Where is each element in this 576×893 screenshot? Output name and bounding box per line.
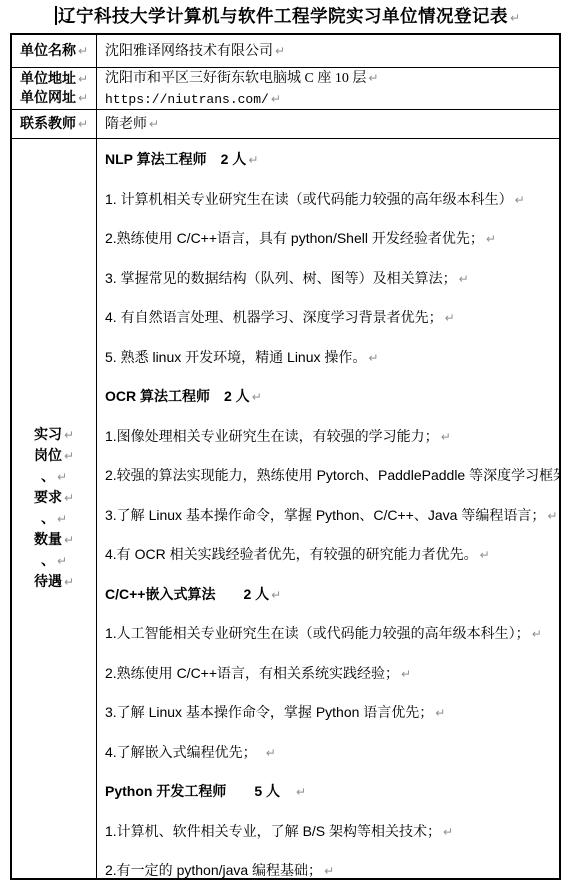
unit-address-label-cell[interactable]: 单位地址↵ 单位网址↵ [12,68,97,109]
contact-teacher-value-cell[interactable]: 隋老师↵ [97,110,559,138]
job-requirement: 1.图像处理相关专业研究生在读，有较强的学习能力；↵ [105,427,557,448]
jobs-label-line: 岗位 [34,449,62,464]
job-heading-text: C/C++嵌入式算法 2 人 [105,586,269,602]
job-requirement: 3.了解 Linux 基本操作命令，掌握 Python 语言优先；↵ [105,703,557,724]
paragraph-mark-icon: ↵ [266,746,276,760]
job-requirement: 5. 熟悉 linux 开发环境，精通 Linux 操作。↵ [105,348,557,369]
job-requirement-text: 1.图像处理相关专业研究生在读，有较强的学习能力； [105,428,439,444]
paragraph-mark-icon: ↵ [57,512,67,526]
job-requirement: 4. 有自然语言处理、机器学习、深度学习背景者优先；↵ [105,308,557,329]
job-heading-text: Python 开发工程师 5 人 [105,783,294,799]
paragraph-mark-icon: ↵ [515,193,525,207]
job-requirement: 4.有 OCR 相关实践经验者优先，有较强的研究能力者优先。↵ [105,545,557,566]
unit-name-label: 单位名称 [20,44,76,59]
paragraph-mark-icon: ↵ [443,825,453,839]
job-requirement: 1.人工智能相关专业研究生在读（或代码能力较强的高年级本科生）；↵ [105,624,557,645]
text-cursor-caret[interactable] [55,6,57,25]
paragraph-mark-icon: ↵ [57,470,67,484]
paragraph-mark-icon: ↵ [275,44,285,58]
contact-teacher-value: 隋老师 [105,117,147,132]
job-requirement-text: 3. 掌握常见的数据结构（队列、树、图等）及相关算法； [105,270,457,286]
table-row: 实习↵ 岗位↵ 、↵ 要求↵ 、↵ 数量↵ 、↵ 待遇↵ NLP 算法工程师 2… [12,139,559,878]
paragraph-mark-icon: ↵ [271,588,281,602]
table-row: 单位地址↵ 单位网址↵ 沈阳市和平区三好街东软电脑城 C 座 10 层↵ htt… [12,68,559,110]
job-requirement: 4.了解嵌入式编程优先； ↵ [105,743,557,764]
job-heading: OCR 算法工程师 2 人↵ [105,387,557,408]
jobs-label-line: 要求 [34,491,62,506]
document-title-row: 辽宁科技大学计算机与软件工程学院实习单位情况登记表↵ [0,3,576,28]
paragraph-mark-icon: ↵ [480,548,490,562]
unit-name-value: 沈阳雅译网络技术有限公司 [105,44,273,59]
paragraph-mark-icon: ↵ [57,554,67,568]
job-requirement-text: 4. 有自然语言处理、机器学习、深度学习背景者优先； [105,309,443,325]
paragraph-mark-icon: ↵ [441,430,451,444]
unit-address-label: 单位地址 [20,72,76,87]
job-requirement-text: 4.了解嵌入式编程优先； [105,744,264,760]
jobs-label-line: 数量 [34,533,62,548]
paragraph-mark-icon: ↵ [64,449,74,463]
paragraph-mark-icon: ↵ [64,491,74,505]
paragraph-mark-icon: ↵ [149,117,159,131]
jobs-label-line: 实习 [34,428,62,443]
job-requirement-text: 4.有 OCR 相关实践经验者优先，有较强的研究能力者优先。 [105,546,478,562]
paragraph-mark-icon: ↵ [271,92,281,106]
paragraph-mark-icon: ↵ [401,667,411,681]
paragraph-mark-icon: ↵ [78,117,88,131]
paragraph-mark-icon: ↵ [78,72,88,86]
jobs-label-line: 、 [41,470,55,485]
job-requirement-text: 3.了解 Linux 基本操作命令，掌握 Python 语言优先； [105,704,433,720]
unit-name-value-cell[interactable]: 沈阳雅译网络技术有限公司↵ [97,35,559,67]
paragraph-mark-icon: ↵ [459,272,469,286]
job-requirement: 2.较强的算法实现能力，熟练使用 Pytorch、PaddlePaddle 等深… [105,466,557,487]
job-heading-text: OCR 算法工程师 2 人 [105,388,250,404]
table-row: 联系教师↵ 隋老师↵ [12,110,559,139]
job-requirement-text: 2.有一定的 python/java 编程基础； [105,862,322,878]
paragraph-mark-icon: ↵ [435,706,445,720]
job-requirement-text: 2.熟练使用 C/C++语言，具有 python/Shell 开发经验者优先； [105,230,484,246]
job-requirement: 3. 掌握常见的数据结构（队列、树、图等）及相关算法；↵ [105,269,557,290]
job-heading: C/C++嵌入式算法 2 人↵ [105,585,557,606]
paragraph-mark-icon: ↵ [510,11,521,25]
page-title: 辽宁科技大学计算机与软件工程学院实习单位情况登记表 [58,6,508,26]
paragraph-mark-icon: ↵ [324,864,334,878]
job-heading: NLP 算法工程师 2 人↵ [105,150,557,171]
unit-address-value-cell[interactable]: 沈阳市和平区三好街东软电脑城 C 座 10 层↵ https://niutran… [97,68,559,109]
job-requirement-text: 3.了解 Linux 基本操作命令，掌握 Python、C/C++、Java 等… [105,507,545,523]
jobs-label-line: 、 [41,512,55,527]
paragraph-mark-icon: ↵ [248,153,258,167]
paragraph-mark-icon: ↵ [296,785,306,799]
contact-teacher-label-cell[interactable]: 联系教师↵ [12,110,97,138]
paragraph-mark-icon: ↵ [64,575,74,589]
job-heading-text: NLP 算法工程师 2 人 [105,151,246,167]
job-requirement-text: 2.较强的算法实现能力，熟练使用 Pytorch、PaddlePaddle 等深… [105,467,559,483]
job-requirement-text: 5. 熟悉 linux 开发环境，精通 Linux 操作。 [105,349,366,365]
paragraph-mark-icon: ↵ [486,232,496,246]
paragraph-mark-icon: ↵ [368,351,378,365]
paragraph-mark-icon: ↵ [64,533,74,547]
contact-teacher-label: 联系教师 [20,117,76,132]
paragraph-mark-icon: ↵ [368,71,378,85]
job-requirement: 3.了解 Linux 基本操作命令，掌握 Python、C/C++、Java 等… [105,506,557,527]
paragraph-mark-icon: ↵ [64,428,74,442]
unit-address-value: 沈阳市和平区三好街东软电脑城 C 座 10 层 [105,71,366,86]
paragraph-mark-icon: ↵ [547,509,557,523]
unit-name-label-cell[interactable]: 单位名称↵ [12,35,97,67]
unit-website-link[interactable]: https://niutrans.com/ [105,92,269,107]
paragraph-mark-icon: ↵ [252,390,262,404]
job-requirement: 2.熟练使用 C/C++语言，有相关系统实践经验；↵ [105,664,557,685]
job-requirement-text: 2.熟练使用 C/C++语言，有相关系统实践经验； [105,665,399,681]
job-requirement: 2.有一定的 python/java 编程基础；↵ [105,861,557,878]
job-requirement: 2.熟练使用 C/C++语言，具有 python/Shell 开发经验者优先；↵ [105,229,557,250]
job-heading: Python 开发工程师 5 人 ↵ [105,782,557,803]
job-requirement-text: 1. 计算机相关专业研究生在读（或代码能力较强的高年级本科生） [105,191,513,207]
jobs-label-line: 待遇 [34,575,62,590]
internship-positions-content-cell[interactable]: NLP 算法工程师 2 人↵1. 计算机相关专业研究生在读（或代码能力较强的高年… [97,139,559,878]
paragraph-mark-icon: ↵ [445,311,455,325]
job-requirement-text: 1.人工智能相关专业研究生在读（或代码能力较强的高年级本科生）； [105,625,530,641]
unit-website-label: 单位网址 [20,91,76,106]
jobs-label-line: 、 [41,554,55,569]
job-requirement: 1.计算机、软件相关专业，了解 B/S 架构等相关技术；↵ [105,822,557,843]
job-requirement: 1. 计算机相关专业研究生在读（或代码能力较强的高年级本科生）↵ [105,190,557,211]
job-requirement-text: 1.计算机、软件相关专业，了解 B/S 架构等相关技术； [105,823,441,839]
paragraph-mark-icon: ↵ [78,91,88,105]
registration-table: 单位名称↵ 沈阳雅译网络技术有限公司↵ 单位地址↵ 单位网址↵ 沈阳市和平区三好… [10,33,561,880]
table-row: 单位名称↵ 沈阳雅译网络技术有限公司↵ [12,35,559,68]
internship-positions-label-cell[interactable]: 实习↵ 岗位↵ 、↵ 要求↵ 、↵ 数量↵ 、↵ 待遇↵ [12,139,97,878]
paragraph-mark-icon: ↵ [532,627,542,641]
paragraph-mark-icon: ↵ [78,44,88,58]
